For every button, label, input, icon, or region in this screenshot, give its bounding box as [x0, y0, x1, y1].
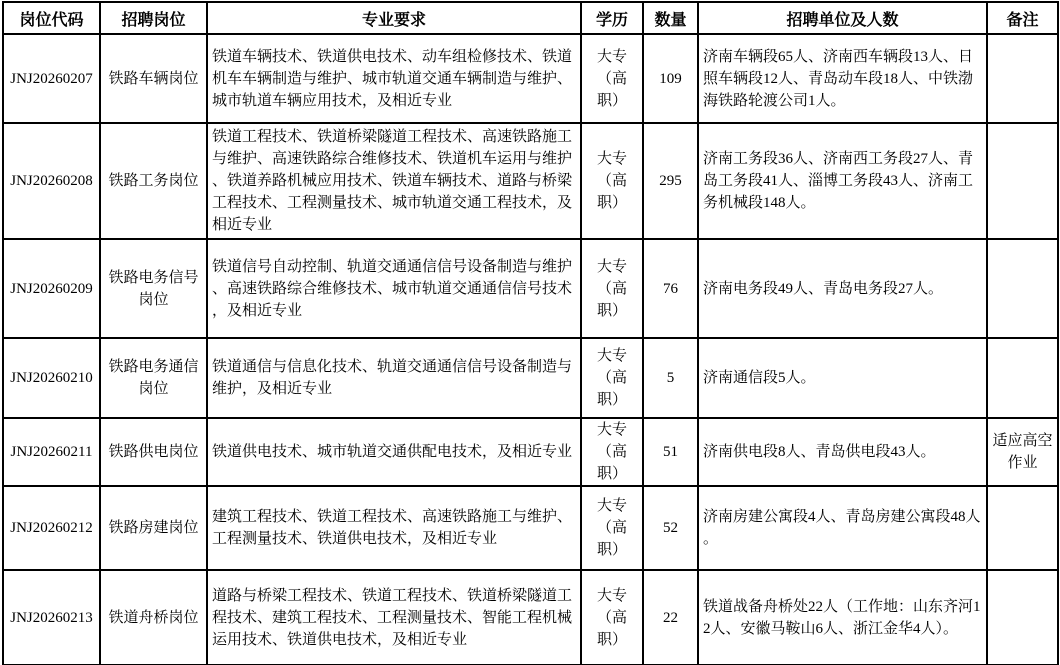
cell-position: 铁道舟桥岗位: [100, 570, 207, 665]
table-row: JNJ20260209 铁路电务信号岗位 铁道信号自动控制、轨道交通通信信号设备…: [3, 239, 1058, 338]
education-text: 大专（高职）: [596, 419, 628, 485]
cell-units: 济南供电段8人、青岛供电段43人。: [698, 418, 987, 486]
cell-remark: [987, 338, 1058, 418]
cell-position: 铁路供电岗位: [100, 418, 207, 486]
header-cell-code: 岗位代码: [3, 2, 100, 34]
cell-position: 铁路电务信号岗位: [100, 239, 207, 338]
cell-units: 济南通信段5人。: [698, 338, 987, 418]
education-text: 大专（高职）: [596, 345, 628, 411]
recruitment-table: 岗位代码 招聘岗位 专业要求 学历 数量 招聘单位及人数 备注 JNJ20260…: [2, 1, 1059, 665]
cell-majors: 铁道供电技术、城市轨道交通供配电技术，及相近专业: [207, 418, 581, 486]
cell-count: 109: [643, 34, 698, 123]
cell-remark: [987, 123, 1058, 239]
cell-education: 大专（高职）: [581, 123, 643, 239]
header-cell-remark: 备注: [987, 2, 1058, 34]
cell-education: 大专（高职）: [581, 34, 643, 123]
cell-majors: 建筑工程技术、铁道工程技术、高速铁路施工与维护、工程测量技术、铁道供电技术，及相…: [207, 486, 581, 570]
cell-count: 52: [643, 486, 698, 570]
education-text: 大专（高职）: [596, 256, 628, 322]
cell-remark: 适应高空作业: [987, 418, 1058, 486]
header-cell-units: 招聘单位及人数: [698, 2, 987, 34]
cell-education: 大专（高职）: [581, 239, 643, 338]
cell-units: 济南房建公寓段4人、青岛房建公寓段48人。: [698, 486, 987, 570]
cell-position: 铁路电务通信岗位: [100, 338, 207, 418]
cell-code: JNJ20260208: [3, 123, 100, 239]
cell-majors: 铁道通信与信息化技术、轨道交通通信信号设备制造与维护，及相近专业: [207, 338, 581, 418]
education-text: 大专（高职）: [596, 148, 628, 214]
cell-education: 大专（高职）: [581, 486, 643, 570]
cell-count: 5: [643, 338, 698, 418]
cell-education: 大专（高职）: [581, 570, 643, 665]
table-row: JNJ20260211 铁路供电岗位 铁道供电技术、城市轨道交通供配电技术，及相…: [3, 418, 1058, 486]
header-cell-count: 数量: [643, 2, 698, 34]
cell-position: 铁路工务岗位: [100, 123, 207, 239]
cell-code: JNJ20260212: [3, 486, 100, 570]
cell-units: 济南车辆段65人、济南西车辆段13人、日照车辆段12人、青岛动车段18人、中铁渤…: [698, 34, 987, 123]
header-cell-education: 学历: [581, 2, 643, 34]
cell-education: 大专（高职）: [581, 418, 643, 486]
table-row: JNJ20260207 铁路车辆岗位 铁道车辆技术、铁道供电技术、动车组检修技术…: [3, 34, 1058, 123]
cell-position: 铁路房建岗位: [100, 486, 207, 570]
header-row: 岗位代码 招聘岗位 专业要求 学历 数量 招聘单位及人数 备注: [3, 2, 1058, 34]
cell-code: JNJ20260207: [3, 34, 100, 123]
cell-education: 大专（高职）: [581, 338, 643, 418]
table-row: JNJ20260213 铁道舟桥岗位 道路与桥梁工程技术、铁道工程技术、铁道桥梁…: [3, 570, 1058, 665]
cell-count: 295: [643, 123, 698, 239]
cell-majors: 铁道工程技术、铁道桥梁隧道工程技术、高速铁路施工与维护、高速铁路综合维修技术、铁…: [207, 123, 581, 239]
cell-remark: [987, 34, 1058, 123]
cell-remark: [987, 570, 1058, 665]
cell-count: 51: [643, 418, 698, 486]
cell-count: 76: [643, 239, 698, 338]
cell-code: JNJ20260210: [3, 338, 100, 418]
header-cell-majors: 专业要求: [207, 2, 581, 34]
education-text: 大专（高职）: [596, 46, 628, 112]
table-row: JNJ20260208 铁路工务岗位 铁道工程技术、铁道桥梁隧道工程技术、高速铁…: [3, 123, 1058, 239]
cell-code: JNJ20260209: [3, 239, 100, 338]
cell-units: 济南电务段49人、青岛电务段27人。: [698, 239, 987, 338]
header-cell-position: 招聘岗位: [100, 2, 207, 34]
cell-code: JNJ20260211: [3, 418, 100, 486]
table-row: JNJ20260212 铁路房建岗位 建筑工程技术、铁道工程技术、高速铁路施工与…: [3, 486, 1058, 570]
cell-units: 铁道战备舟桥处22人（工作地：山东齐河12人、安徽马鞍山6人、浙江金华4人）。: [698, 570, 987, 665]
cell-majors: 道路与桥梁工程技术、铁道工程技术、铁道桥梁隧道工程技术、建筑工程技术、工程测量技…: [207, 570, 581, 665]
cell-remark: [987, 239, 1058, 338]
cell-units: 济南工务段36人、济南西工务段27人、青岛工务段41人、淄博工务段43人、济南工…: [698, 123, 987, 239]
cell-count: 22: [643, 570, 698, 665]
cell-majors: 铁道信号自动控制、轨道交通通信信号设备制造与维护、高速铁路综合维修技术、城市轨道…: [207, 239, 581, 338]
cell-remark: [987, 486, 1058, 570]
education-text: 大专（高职）: [596, 495, 628, 561]
table-row: JNJ20260210 铁路电务通信岗位 铁道通信与信息化技术、轨道交通通信信号…: [3, 338, 1058, 418]
cell-position: 铁路车辆岗位: [100, 34, 207, 123]
cell-code: JNJ20260213: [3, 570, 100, 665]
education-text: 大专（高职）: [596, 585, 628, 651]
cell-majors: 铁道车辆技术、铁道供电技术、动车组检修技术、铁道机车车辆制造与维护、城市轨道交通…: [207, 34, 581, 123]
